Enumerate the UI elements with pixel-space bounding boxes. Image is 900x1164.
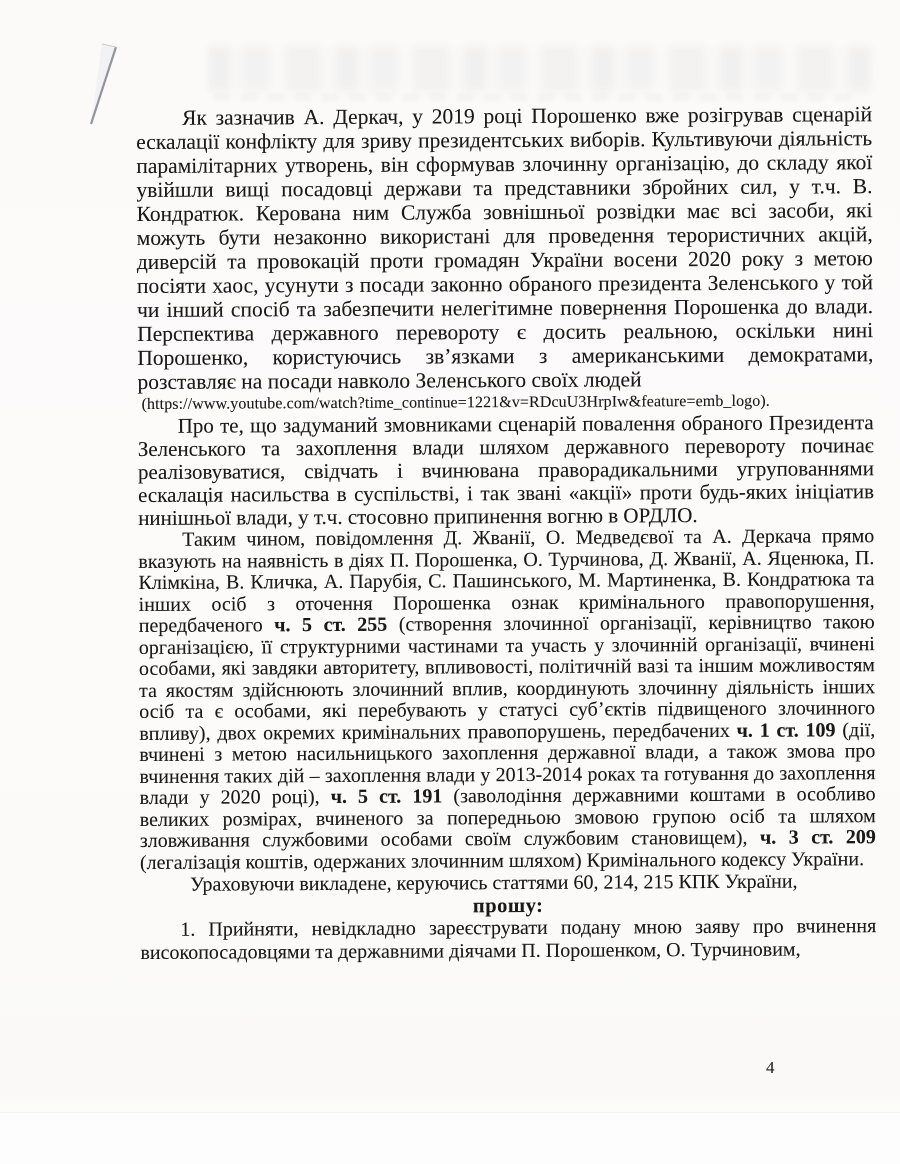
bold-text-run: ч. 5 ст. 191 xyxy=(331,785,443,808)
paragraph-legal-basis: Ураховуючи викладене, керуючись статтями… xyxy=(140,870,876,897)
scan-bottom-edge xyxy=(0,1112,900,1164)
paragraph-criminal-offenses: Таким чином, повідомлення Д. Жванії, О. … xyxy=(138,526,876,874)
bold-text-run: ч. 5 ст. 255 xyxy=(274,614,387,637)
page-number: 4 xyxy=(766,1058,775,1078)
text-run: 1. Прийняти, невідкладно зареєструвати п… xyxy=(140,915,876,964)
text-run: Про те, що задуманий змовниками сценарій… xyxy=(138,410,874,530)
paragraph-derkach-statement: Як зазначив А. Деркач, у 2019 році Порош… xyxy=(136,102,873,394)
bleedthrough-underline-artifact xyxy=(214,94,862,101)
bold-text-run: прошу: xyxy=(473,895,544,917)
bold-text-run: ч. 1 ст. 109 xyxy=(737,719,836,742)
paragraph-coup-scenario: Про те, що задуманий змовниками сценарій… xyxy=(138,411,875,530)
bleedthrough-text-artifact xyxy=(208,46,876,92)
text-run: Ураховуючи викладене, керуючись статтями… xyxy=(190,871,798,896)
page-corner-fold-mark xyxy=(82,40,126,132)
text-run: Як зазначив А. Деркач, у 2019 році Порош… xyxy=(136,102,873,394)
bold-text-run: ч. 3 ст. 209 xyxy=(760,826,876,849)
text-run: (https://www.youtube.com/watch?time_cont… xyxy=(142,393,770,413)
paragraph-request-item-1: 1. Прийняти, невідкладно зареєструвати п… xyxy=(140,915,876,965)
document-body: Як зазначив А. Деркач, у 2019 році Порош… xyxy=(136,102,876,965)
text-run: (легалізація коштів, одержаних злочинним… xyxy=(140,848,864,874)
scanned-page: Як зазначив А. Деркач, у 2019 році Порош… xyxy=(0,0,900,1164)
